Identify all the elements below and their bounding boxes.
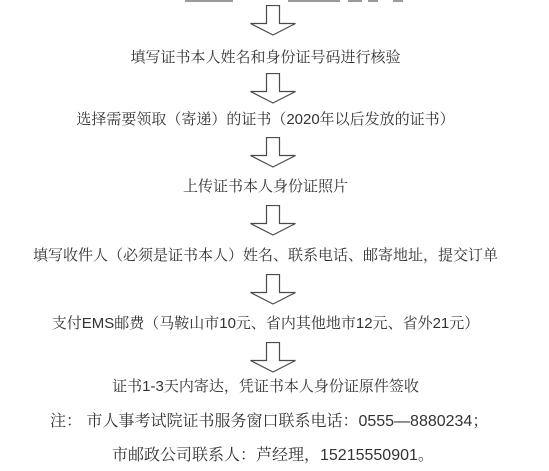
note-line-2: 市邮政公司联系人：芦经理，15215550901。: [112, 446, 434, 466]
flowchart-canvas: 填写证书本人姓名和身份证号码进行核验 选择需要领取（寄递）的证书（2020年以后…: [0, 0, 549, 471]
clipped-text-fragment: [185, 0, 233, 2]
flow-step-4: 填写收件人（必须是证书本人）姓名、联系电话、邮寄地址，提交订单: [0, 246, 549, 265]
down-arrow-icon: [249, 205, 297, 236]
clipped-text-fragment: [393, 0, 403, 2]
down-arrow-icon: [249, 342, 297, 373]
clipped-text-fragment: [368, 0, 378, 2]
note-line-1: 注： 市人事考试院证书服务窗口联系电话：0555—8880234；: [50, 412, 488, 432]
down-arrow-icon: [249, 73, 297, 104]
clipped-text-fragment: [348, 0, 362, 2]
flow-step-2: 选择需要领取（寄递）的证书（2020年以后发放的证书）: [0, 110, 549, 129]
down-arrow-icon: [249, 5, 297, 36]
down-arrow-icon: [249, 274, 297, 305]
flow-step-6: 证书1-3天内寄达，凭证书本人身份证原件签收: [0, 377, 549, 396]
flow-step-3: 上传证书本人身份证照片: [0, 177, 549, 196]
flow-step-5: 支付EMS邮费（马鞍山市10元、省内其他地市12元、省外21元）: [0, 314, 549, 333]
clipped-text-fragment: [288, 0, 340, 2]
down-arrow-icon: [249, 137, 297, 168]
flow-step-1: 填写证书本人姓名和身份证号码进行核验: [0, 48, 549, 67]
